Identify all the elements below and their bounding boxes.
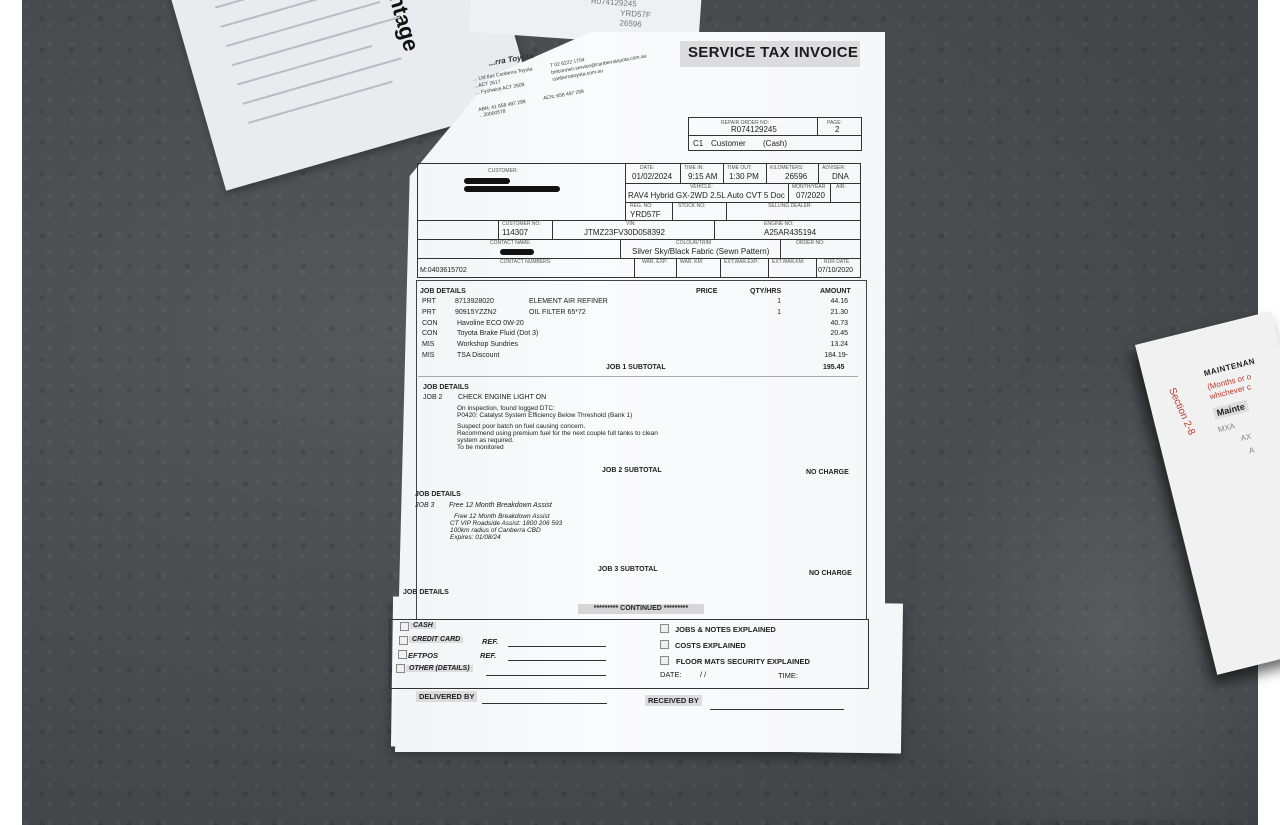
- colour-value: Silver Sky/Black Fabric (Sewn Pattern): [632, 247, 769, 256]
- credit-card-ref-field[interactable]: [508, 646, 606, 647]
- qty-header: QTY/HRS: [750, 288, 781, 295]
- text-line: [248, 81, 393, 124]
- customer-type-code: C1: [693, 139, 703, 148]
- maintenance-row: MXA: [1217, 421, 1236, 434]
- customer-type: Customer: [711, 139, 746, 148]
- other-checkbox[interactable]: [396, 664, 405, 673]
- continued-banner: ********* CONTINUED *********: [578, 604, 704, 614]
- line-amount: 40.73: [830, 320, 848, 327]
- text-line: [237, 45, 372, 86]
- rdr-label: RDR Date: [824, 259, 849, 265]
- job-note-line: 100km radius of Canberra CBD: [450, 527, 541, 534]
- text-line: [232, 16, 401, 66]
- job-note-line: Recommend using premium fuel for the nex…: [457, 430, 658, 437]
- line-type: PRT: [422, 298, 436, 305]
- divider: [720, 258, 721, 278]
- payment-box: CASH CREDIT CARD REF. EFTPOS REF. OTHER …: [389, 619, 869, 689]
- customer-vehicle-block: CUSTOMER: DATE: 01/02/2024 TIME IN: 9:15…: [417, 163, 861, 278]
- contact-numbers-value: M:0403615702: [420, 267, 467, 274]
- eftpos-ref-label: REF.: [480, 651, 496, 660]
- line-description: ELEMENT AIR REFINER: [529, 298, 608, 305]
- divider: [672, 202, 673, 220]
- divider: [418, 376, 858, 377]
- job2-subtotal-label: JOB 2 SUBTOTAL: [602, 467, 662, 474]
- invoice-title: SERVICE TAX INVOICE: [680, 41, 860, 67]
- delivered-by-label: DELIVERED BY: [416, 691, 477, 702]
- colour-label: COLOUR/TRIM: [676, 240, 711, 246]
- eftpos-ref-field[interactable]: [508, 660, 606, 661]
- amount-header: AMOUNT: [820, 288, 851, 295]
- job2-subtotal-value: NO CHARGE: [806, 469, 849, 476]
- job3-subtotal-label: JOB 3 SUBTOTAL: [598, 566, 658, 573]
- maintenance-row: A: [1248, 445, 1255, 455]
- time-in-value: 9:15 AM: [688, 172, 717, 181]
- divider: [625, 164, 626, 220]
- divider: [818, 164, 819, 183]
- line-amount: 21.30: [830, 309, 848, 316]
- cash-label: CASH: [410, 622, 436, 629]
- divider: [816, 258, 817, 278]
- vehicle-label: VEHICLE:: [690, 184, 713, 190]
- month-year-label: MONTH/YEAR: [792, 184, 825, 190]
- ext-war-km-label: EXT.WAR.KM:: [772, 259, 804, 265]
- vin-value: JTMZ23FV30D058392: [584, 228, 665, 237]
- divider: [498, 220, 499, 239]
- job-note-line: P0420: Catalyst System Efficiency Below …: [457, 412, 632, 419]
- jobs-notes-label: JOBS & NOTES EXPLAINED: [675, 625, 776, 634]
- receipt-text: 26596: [619, 18, 642, 29]
- divider: [780, 239, 781, 258]
- line-code: Toyota Brake Fluid (Dot 3): [457, 330, 538, 337]
- line-amount: 184.19-: [824, 352, 848, 359]
- engine-label: ENGINE No:: [764, 221, 793, 227]
- time-out-label: TIME OUT:: [727, 165, 752, 171]
- job-note-line: On inspection, found logged DTC:: [457, 405, 555, 412]
- line-code: Havoline ECO 0W-20: [457, 320, 524, 327]
- date-label: DATE:: [640, 165, 654, 171]
- job-note-line: CT VIP Roadside Assist: 1800 206 593: [450, 520, 562, 527]
- job2-title: CHECK ENGINE LIGHT ON: [458, 394, 546, 401]
- adviser-value: DNA: [832, 172, 849, 181]
- eftpos-label: EFTPOS: [408, 651, 438, 660]
- line-qty: 1: [777, 309, 781, 316]
- redacted-name: [464, 178, 510, 184]
- kilometers-value: 26596: [785, 172, 807, 181]
- engine-value: A25AR435194: [764, 228, 816, 237]
- text-line: [243, 57, 402, 104]
- order-label: ORDER No:: [796, 240, 824, 246]
- divider: [418, 220, 860, 221]
- air-label: AIR:: [836, 184, 846, 190]
- vin-label: VIN:: [626, 221, 636, 227]
- maintenance-box: Mainte: [1213, 400, 1249, 420]
- job1-header: JOB DETAILS: [420, 288, 466, 295]
- text-line: [226, 1, 380, 47]
- month-year-value: 07/2020: [796, 191, 825, 200]
- job-note-line: Suspect poor batch on fuel causing conce…: [457, 423, 585, 430]
- line-type: PRT: [422, 309, 436, 316]
- job-note-line: Free 12 Month Breakdown Assist: [454, 513, 550, 520]
- line-code: 90915YZZN2: [455, 309, 497, 316]
- job2-number: JOB 2: [423, 394, 442, 401]
- costs-label: COSTS EXPLAINED: [675, 641, 746, 650]
- job1-subtotal-label: JOB 1 SUBTOTAL: [606, 364, 666, 371]
- line-type: MIS: [422, 341, 434, 348]
- time-in-label: TIME IN:: [684, 165, 704, 171]
- section-label: Section 2-8: [1166, 386, 1197, 437]
- line-qty: 1: [777, 298, 781, 305]
- customer-no-label: CUSTOMER No:: [502, 221, 541, 227]
- line-amount: 13.24: [830, 341, 848, 348]
- divider: [817, 118, 818, 135]
- divider: [625, 202, 861, 203]
- job1-subtotal-value: 195.45: [823, 364, 844, 371]
- line-code: Workshop Sundries: [457, 341, 518, 348]
- adviser-label: ADVISER:: [822, 165, 845, 171]
- ext-war-exp-label: EXT.WAR.EXP:: [724, 259, 759, 265]
- job3-number: JOB 3: [415, 502, 434, 509]
- credit-card-checkbox[interactable]: [399, 636, 408, 645]
- delivered-by-field[interactable]: [482, 703, 607, 704]
- divider: [714, 220, 715, 239]
- date-value: 01/02/2024: [632, 172, 672, 181]
- vehicle-value: RAV4 Hybrid GX-2WD 2.5L Auto CVT 5 Doc: [628, 191, 785, 200]
- repair-order-box: REPAIR ORDER No: R074129245 PAGE: 2 C1 C…: [688, 117, 862, 151]
- other-details-field[interactable]: [486, 675, 606, 676]
- page-number: 2: [835, 125, 839, 134]
- receipt-text: R074129245: [591, 0, 637, 9]
- contact-numbers-label: CONTACT NUMBERS:: [500, 259, 551, 265]
- floor-mats-label: FLOOR MATS SECURITY EXPLAINED: [676, 657, 810, 666]
- war-exp-label: WAR. EXP:: [642, 259, 668, 265]
- received-by-field[interactable]: [710, 709, 844, 710]
- divider: [552, 220, 553, 239]
- divider: [726, 202, 727, 220]
- job2-header: JOB DETAILS: [423, 384, 469, 391]
- credit-card-label: CREDIT CARD: [409, 636, 463, 643]
- other-label: OTHER (DETAILS): [406, 665, 473, 672]
- divider: [676, 258, 677, 278]
- divider: [723, 164, 724, 183]
- reg-value: YRD57F: [630, 210, 661, 219]
- job4-header: JOB DETAILS: [403, 589, 449, 596]
- selling-dealer-label: SELLING DEALER:: [768, 203, 812, 209]
- redacted-address: [464, 186, 560, 192]
- stock-label: STOCK No:: [678, 203, 705, 209]
- eftpos-checkbox[interactable]: [398, 650, 407, 659]
- rdr-value: 07/10/2020: [818, 267, 853, 274]
- date-field[interactable]: / /: [700, 670, 706, 679]
- price-header: PRICE: [696, 288, 717, 295]
- divider: [766, 164, 767, 183]
- received-by-label: RECEIVED BY: [645, 695, 702, 706]
- repair-order-number: R074129245: [731, 125, 777, 134]
- cash-checkbox[interactable]: [400, 622, 409, 631]
- kilometers-label: KILOMETERS:: [770, 165, 804, 171]
- contact-name-label: CONTACT NAME:: [490, 240, 531, 246]
- booklet-title: dvantage: [373, 0, 425, 54]
- divider: [768, 258, 769, 278]
- redacted-contact-name: [500, 249, 534, 255]
- line-amount: 44.16: [830, 298, 848, 305]
- date-label: DATE:: [660, 670, 682, 679]
- job-note-line: Expires: 01/08/24: [450, 534, 501, 541]
- credit-card-ref-label: REF.: [482, 637, 498, 646]
- time-out-value: 1:30 PM: [729, 172, 759, 181]
- maintenance-row: AX: [1240, 432, 1253, 443]
- divider: [680, 164, 681, 183]
- customer-no-value: 114307: [502, 228, 528, 237]
- divider: [418, 239, 860, 240]
- job3-header: JOB DETAILS: [415, 491, 461, 498]
- line-description: OIL FILTER 65*72: [529, 309, 586, 316]
- divider: [625, 183, 861, 184]
- line-type: MIS: [422, 352, 434, 359]
- job3-title: Free 12 Month Breakdown Assist: [449, 502, 552, 509]
- costs-checkbox[interactable]: [660, 640, 669, 649]
- line-type: CON: [422, 330, 438, 337]
- war-km-label: WAR. KM:: [680, 259, 703, 265]
- line-type: CON: [422, 320, 438, 327]
- reg-label: REG. No:: [630, 203, 653, 209]
- line-code: 8713928020: [455, 298, 494, 305]
- jobs-notes-checkbox[interactable]: [660, 624, 669, 633]
- divider: [689, 135, 861, 136]
- line-amount: 20.45: [830, 330, 848, 337]
- time-label: TIME:: [778, 671, 798, 680]
- line-code: TSA Discount: [457, 352, 499, 359]
- divider: [634, 258, 635, 278]
- job-note-line: To be monitored: [457, 444, 504, 451]
- divider: [830, 183, 831, 202]
- customer-label: CUSTOMER:: [488, 168, 518, 174]
- payment-type: (Cash): [763, 139, 787, 148]
- divider: [788, 183, 789, 202]
- job-note-line: system as required.: [457, 437, 514, 444]
- divider: [620, 239, 621, 258]
- job3-subtotal-value: NO CHARGE: [809, 570, 852, 577]
- floor-mats-checkbox[interactable]: [660, 656, 669, 665]
